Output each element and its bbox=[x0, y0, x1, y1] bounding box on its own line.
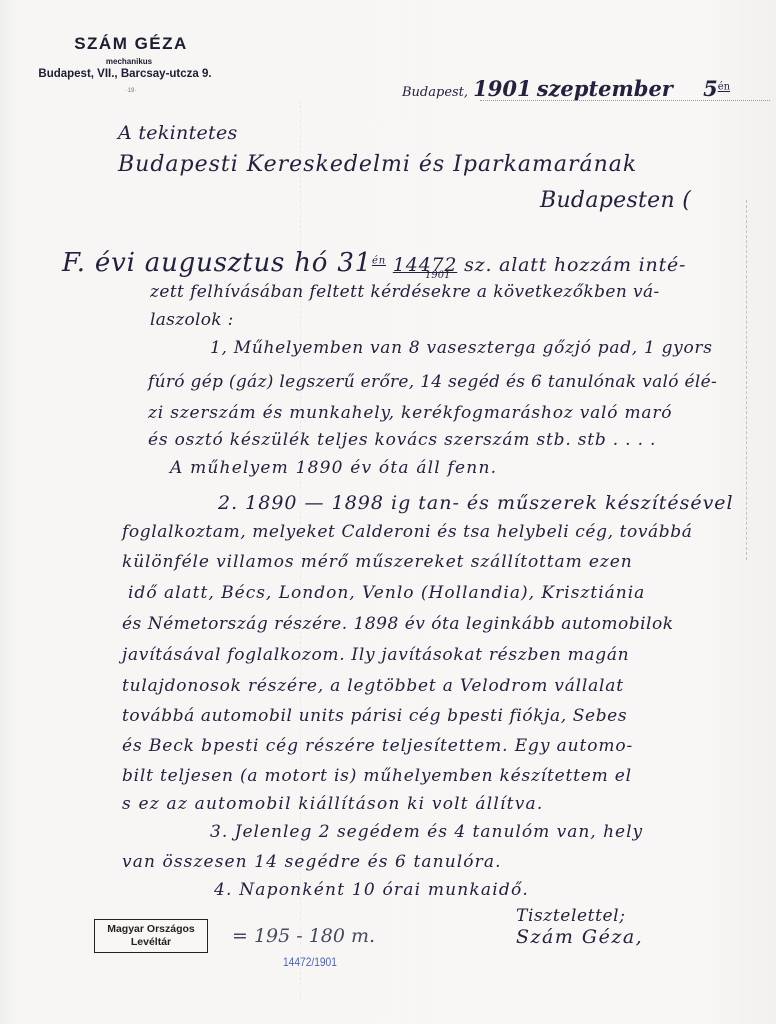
para3-line-1: 3. Jelenleg 2 segédem és 4 tanulóm van, … bbox=[210, 822, 643, 842]
para1-line-4: és osztó készülék teljes kovács szerszám… bbox=[148, 430, 656, 450]
date-month: szeptember bbox=[537, 76, 673, 101]
para2-line-7: tulajdonosok részére, a legtöbbet a Velo… bbox=[122, 676, 624, 696]
intro-insert-year: 1901 bbox=[425, 270, 450, 281]
date-day: 5 bbox=[703, 76, 718, 101]
para2-line-2: foglalkoztam, melyeket Calderoni és tsa … bbox=[122, 522, 693, 542]
para2-line-3: különféle villamos mérő műszereket száll… bbox=[122, 552, 633, 572]
para2-line-8: továbbá automobil units párisi cég bpest… bbox=[122, 706, 627, 726]
letterhead-name: SZÁM GÉZA bbox=[42, 34, 220, 54]
date-day-suffix: én bbox=[718, 82, 730, 93]
letterhead-profession: mechanikus bbox=[38, 57, 220, 66]
para1-line-3: zi szerszám és munkahely, kerékfogmarásh… bbox=[148, 403, 672, 423]
para1-line-2: fúró gép (gáz) legszerű erőre, 14 segéd … bbox=[148, 372, 717, 392]
para2-line-1: 2. 1890 — 1898 ig tan- és műszerek készí… bbox=[218, 492, 734, 514]
addressee-line-1: A tekintetes bbox=[118, 122, 238, 144]
para2-line-4: idő alatt, Bécs, London, Venlo (Hollandi… bbox=[128, 583, 645, 603]
date-place: Budapest, bbox=[402, 85, 468, 100]
archive-stamp: Magyar Országos Levéltár bbox=[94, 919, 208, 953]
para4-line: 4. Naponként 10 órai munkaidő. bbox=[214, 880, 529, 900]
closing-salutation: Tisztelettel; bbox=[516, 906, 626, 926]
intro-line-3: laszolok : bbox=[150, 310, 234, 330]
date-year: 1901 bbox=[473, 76, 531, 101]
archive-reference: = 195 - 180 m. bbox=[232, 925, 375, 947]
letterhead-mark: ·19· bbox=[42, 88, 220, 94]
addressee-line-2: Budapesti Kereskedelmi és Iparkamarának bbox=[118, 152, 637, 177]
intro-date-suffix: én bbox=[372, 256, 386, 267]
archive-stamp-line-1: Magyar Országos bbox=[95, 923, 207, 936]
date-dotted-line bbox=[480, 100, 770, 101]
addressee-line-3: Budapesten ( bbox=[540, 188, 691, 213]
letterhead-address: Budapest, VII., Barcsay-utcza 9. bbox=[30, 68, 220, 80]
para2-line-6: javításával foglalkozom. Ily javításokat… bbox=[122, 645, 629, 665]
intro-text-end: sz. alatt hozzám inté- bbox=[457, 254, 686, 276]
para1-line-1: 1, Műhelyemben van 8 vaseszterga gőzjó p… bbox=[210, 338, 713, 358]
archive-stamp-line-2: Levéltár bbox=[95, 936, 207, 949]
para3-line-2: van összesen 14 segédre és 6 tanulóra. bbox=[122, 852, 502, 872]
para2-line-10: bilt teljesen (a motort is) műhelyemben … bbox=[122, 766, 632, 786]
archive-file-number: 14472/1901 bbox=[283, 955, 337, 969]
para1-line-5: A műhelyem 1890 év óta áll fenn. bbox=[170, 458, 497, 478]
para2-line-5: és Németország részére. 1898 év óta legi… bbox=[122, 614, 674, 634]
intro-line-2: zett felhívásában feltett kérdésekre a k… bbox=[150, 282, 660, 302]
paper-edge-perforation bbox=[746, 200, 747, 560]
para2-line-9: és Beck bpesti cég részére teljesítettem… bbox=[122, 736, 633, 756]
intro-text-start: F. évi augusztus hó 31 bbox=[62, 248, 372, 278]
para2-line-11: s ez az automobil kiállításon ki volt ál… bbox=[122, 794, 543, 814]
closing-signature: Szám Géza, bbox=[516, 926, 643, 948]
letterhead: SZÁM GÉZA mechanikus Budapest, VII., Bar… bbox=[30, 34, 220, 94]
date-line: Budapest, 1901 szeptember 5én bbox=[402, 76, 730, 101]
intro-line-1: F. évi augusztus hó 31én 14472 sz. alatt… bbox=[62, 248, 686, 278]
